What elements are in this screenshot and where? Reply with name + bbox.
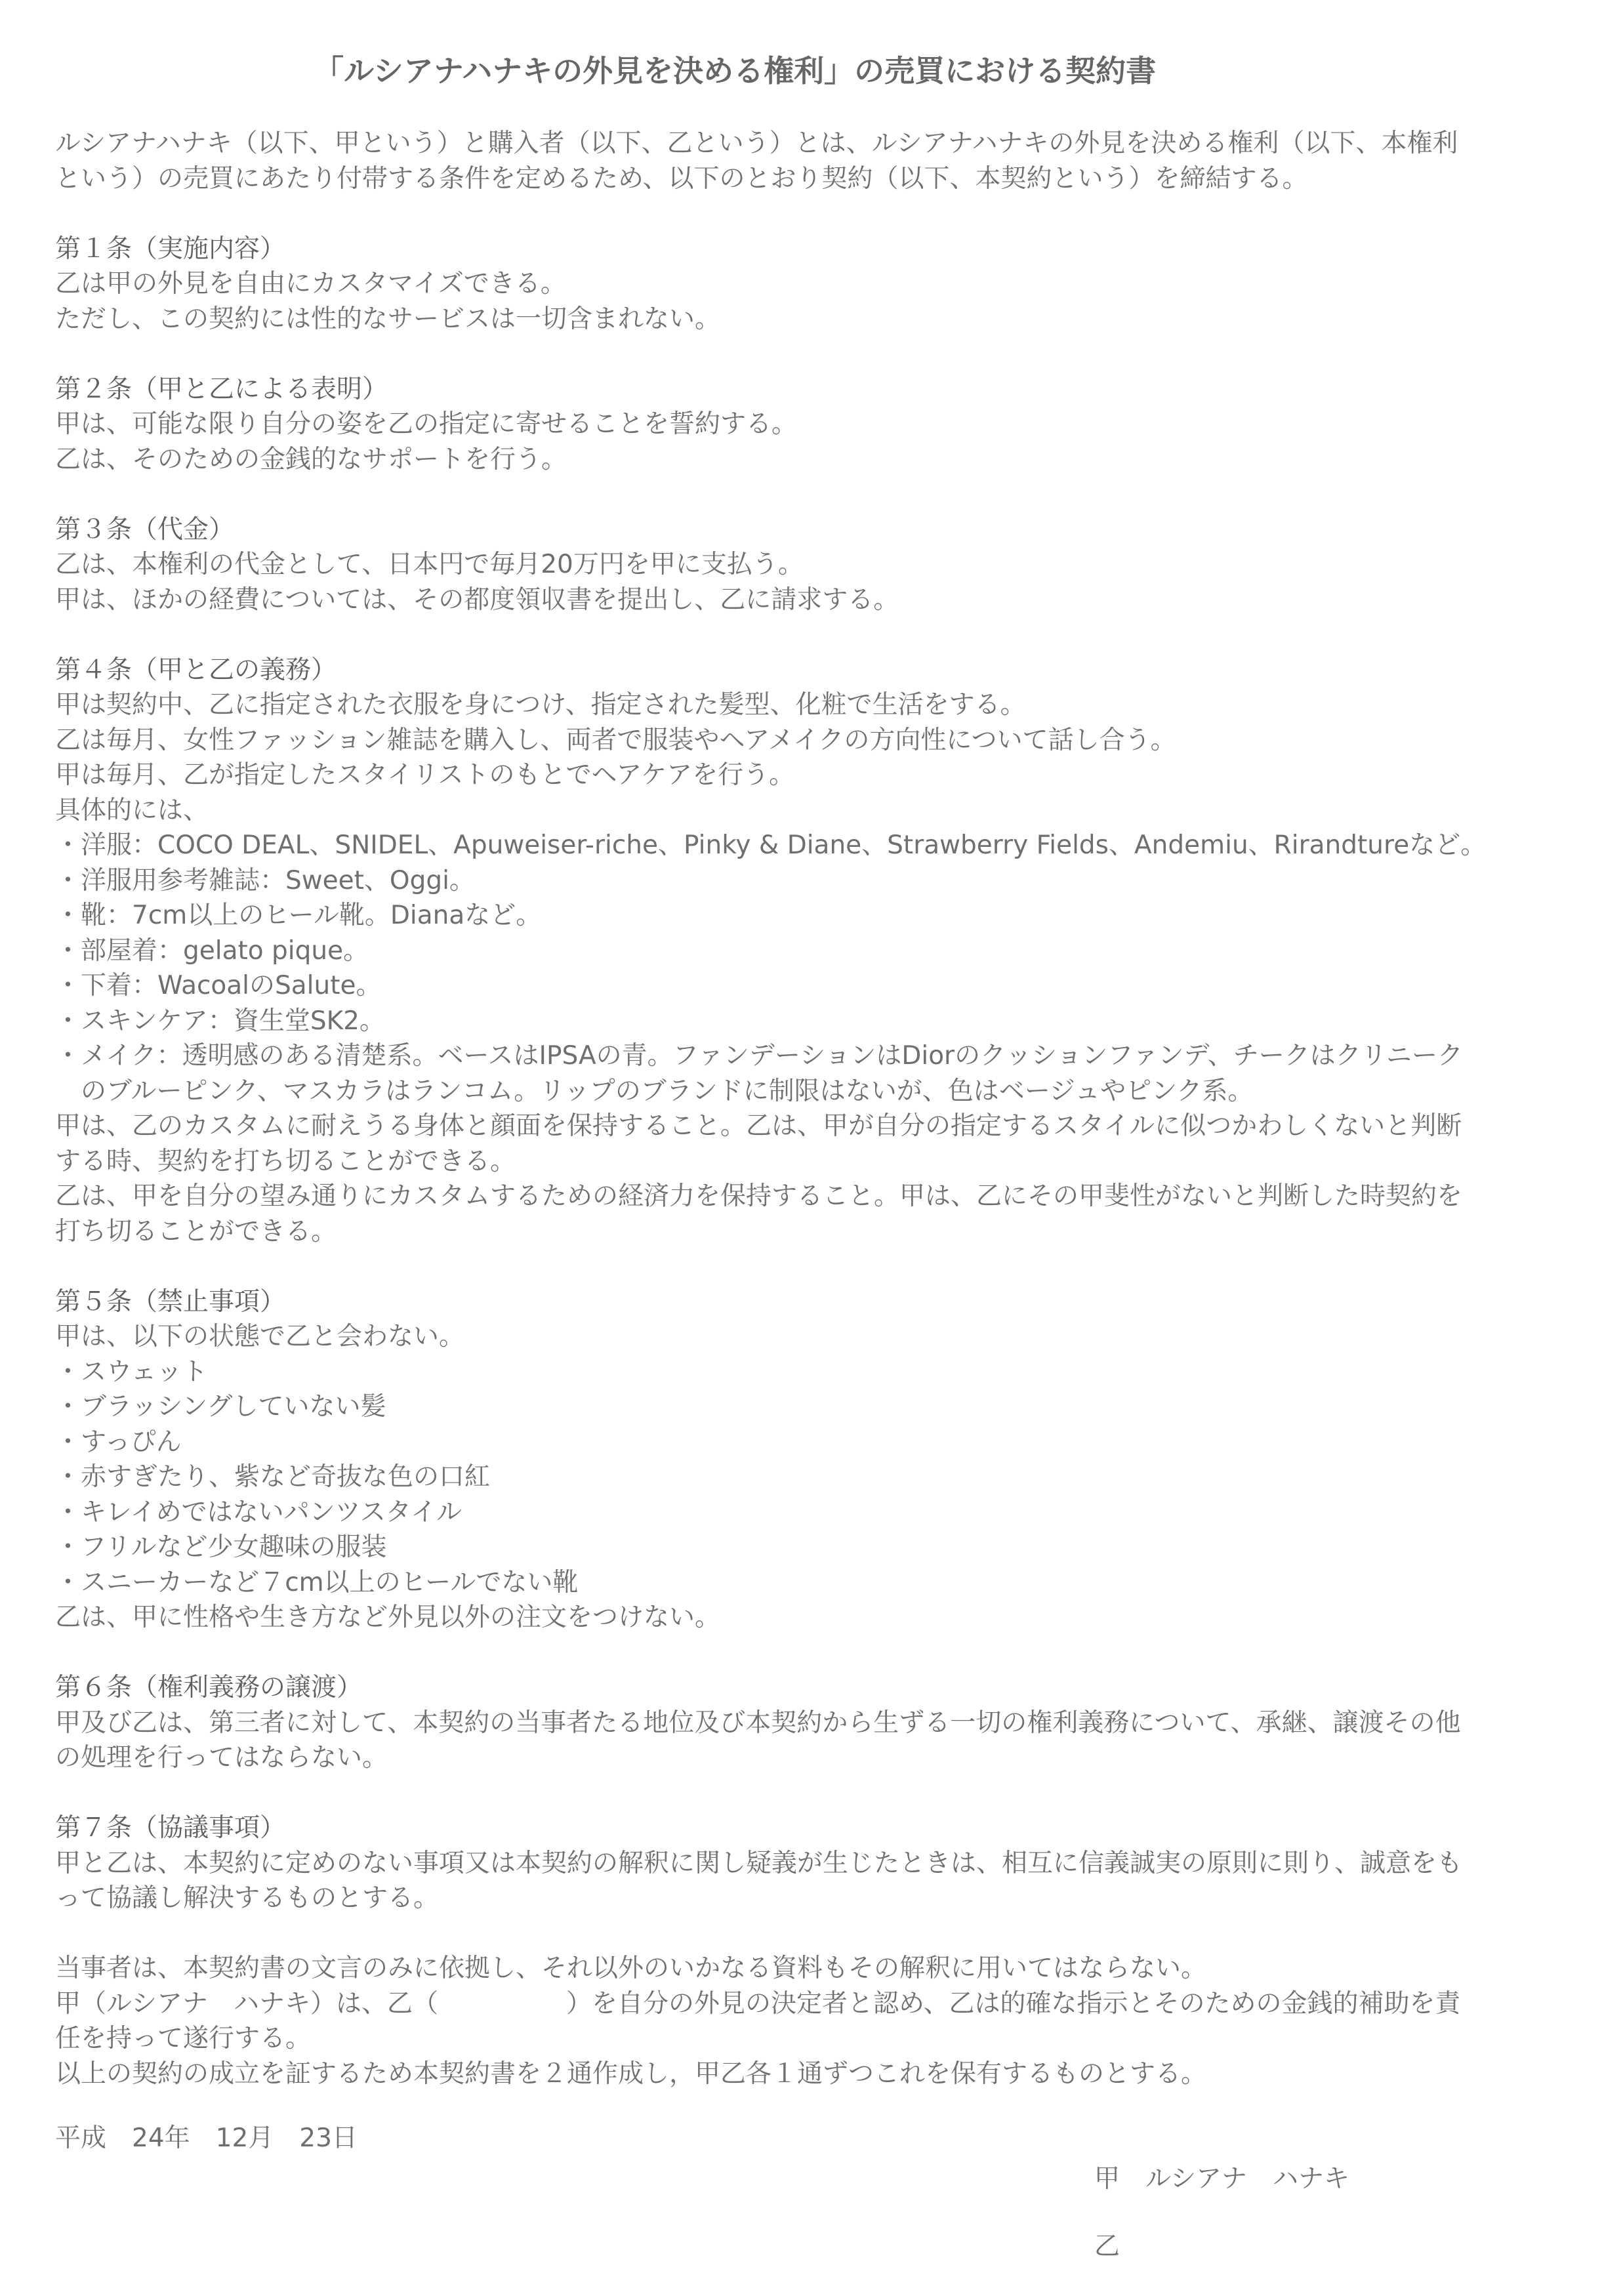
list-item-shoes: ・靴：7cm以上のヒール靴。Dianaなど。 bbox=[55, 898, 1571, 933]
closing-line: 甲（ルシアナ ハナキ）は、乙（ ）を自分の外見の決定者と認め、乙は的確な指示とそ… bbox=[55, 1986, 1571, 2022]
list-item-clothing: ・洋服：COCO DEAL、SNIDEL、Apuweiser-riche、Pin… bbox=[55, 828, 1571, 863]
article-5-heading: 第５条（禁止事項） bbox=[55, 1284, 1571, 1320]
article-3-heading: 第３条（代金） bbox=[55, 512, 1571, 548]
article-4-line: 乙は毎月、女性ファッション雑誌を購入し、両者で服装やヘアメイクの方向性について話… bbox=[55, 723, 1571, 758]
article-1-heading: 第１条（実施内容） bbox=[55, 232, 1571, 267]
article-4-heading: 第４条（甲と乙の義務） bbox=[55, 653, 1571, 688]
article-1-line: ただし、この契約には性的なサービスは一切含まれない。 bbox=[55, 302, 1571, 337]
article-7-line: 甲と乙は、本契約に定めのない事項又は本契約の解釈に関し疑義が生じたときは、相互に… bbox=[55, 1846, 1571, 1881]
contract-body: ルシアナハナキ（以下、甲という）と購入者（以下、乙という）とは、ルシアナハナキの… bbox=[55, 126, 1571, 2091]
article-4-line: 乙は、甲を自分の望み通りにカスタムするための経済力を保持すること。甲は、乙にその… bbox=[55, 1179, 1571, 1214]
article-6-line: の処理を行ってはならない。 bbox=[55, 1740, 1571, 1776]
list-item-loungewear: ・部屋着：gelato pique。 bbox=[55, 933, 1571, 969]
list-item-magazines: ・洋服用参考雑誌：Sweet、Oggi。 bbox=[55, 863, 1571, 899]
prohibited-item: ・赤すぎたり、紫など奇抜な色の口紅 bbox=[55, 1460, 1571, 1495]
article-4-line: する時、契約を打ち切ることができる。 bbox=[55, 1144, 1571, 1179]
prohibited-item: ・すっぴん bbox=[55, 1425, 1571, 1460]
list-item-underwear: ・下着：WacoalのSalute。 bbox=[55, 968, 1571, 1004]
prohibited-item: ・ブラッシングしていない髪 bbox=[55, 1389, 1571, 1425]
article-4-line: 打ち切ることができる。 bbox=[55, 1214, 1571, 1250]
prohibited-item: ・キレイめではないパンツスタイル bbox=[55, 1495, 1571, 1530]
prohibited-item: ・スウェット bbox=[55, 1355, 1571, 1390]
article-3-line: 乙は、本権利の代金として、日本円で毎月20万円を甲に支払う。 bbox=[55, 547, 1571, 583]
article-6-line: 甲及び乙は、第三者に対して、本契約の当事者たる地位及び本契約から生ずる一切の権利… bbox=[55, 1706, 1571, 1741]
closing-line: 以上の契約の成立を証するため本契約書を２通作成し，甲乙各１通ずつこれを保有するも… bbox=[55, 2057, 1571, 2092]
article-7-line: って協議し解決するものとする。 bbox=[55, 1881, 1571, 1916]
closing-line: 当事者は、本契約書の文言のみに依拠し、それ以外のいかなる資料もその解釈に用いては… bbox=[55, 1951, 1571, 1986]
signature-party-a: 甲 ルシアナ ハナキ bbox=[1094, 2158, 1349, 2195]
article-4-line: 具体的には、 bbox=[55, 793, 1571, 829]
closing-line: 任を持って遂行する。 bbox=[55, 2021, 1571, 2057]
list-item-makeup-cont: のブルーピンク、マスカラはランコム。リップのブランドに制限はないが、色はベージュ… bbox=[55, 1074, 1571, 1109]
article-2-line: 甲は、可能な限り自分の姿を乙の指定に寄せることを誓約する。 bbox=[55, 407, 1571, 442]
prohibited-item: ・フリルなど少女趣味の服装 bbox=[55, 1530, 1571, 1565]
article-7-heading: 第７条（協議事項） bbox=[55, 1811, 1571, 1846]
article-5-line: 乙は、甲に性格や生き方など外見以外の注文をつけない。 bbox=[55, 1600, 1571, 1635]
article-5-line: 甲は、以下の状態で乙と会わない。 bbox=[55, 1319, 1571, 1355]
preamble-line: という）の売買にあたり付帯する条件を定めるため、以下のとおり契約（以下、本契約と… bbox=[55, 161, 1571, 197]
article-4-line: 甲は契約中、乙に指定された衣服を身につけ、指定された髪型、化粧で生活をする。 bbox=[55, 687, 1571, 723]
article-6-heading: 第６条（権利義務の譲渡） bbox=[55, 1670, 1571, 1706]
article-2-line: 乙は、そのための金銭的なサポートを行う。 bbox=[55, 442, 1571, 478]
article-1-line: 乙は甲の外見を自由にカスタマイズできる。 bbox=[55, 266, 1571, 302]
signature-party-b: 乙 bbox=[1094, 2226, 1120, 2263]
article-4-line: 甲は、乙のカスタムに耐えうる身体と顔面を保持すること。乙は、甲が自分の指定するス… bbox=[55, 1109, 1571, 1144]
article-3-line: 甲は、ほかの経費については、その都度領収書を提出し、乙に請求する。 bbox=[55, 583, 1571, 618]
list-item-skincare: ・スキンケア：資生堂SK2。 bbox=[55, 1004, 1571, 1039]
prohibited-item: ・スニーカーなど７cm以上のヒールでない靴 bbox=[55, 1565, 1571, 1601]
preamble-line: ルシアナハナキ（以下、甲という）と購入者（以下、乙という）とは、ルシアナハナキの… bbox=[55, 126, 1571, 161]
contract-date: 平成 24年 12月 23日 bbox=[55, 2118, 358, 2154]
article-2-heading: 第２条（甲と乙による表明） bbox=[55, 372, 1571, 407]
list-item-makeup: ・メイク：透明感のある清楚系。ベースはIPSAの青。ファンデーションはDiorの… bbox=[55, 1038, 1571, 1074]
article-4-line: 甲は毎月、乙が指定したスタイリストのもとでヘアケアを行う。 bbox=[55, 758, 1571, 793]
document-title: 「ルシアナハナキの外見を決める権利」の売買における契約書 bbox=[314, 47, 1156, 91]
